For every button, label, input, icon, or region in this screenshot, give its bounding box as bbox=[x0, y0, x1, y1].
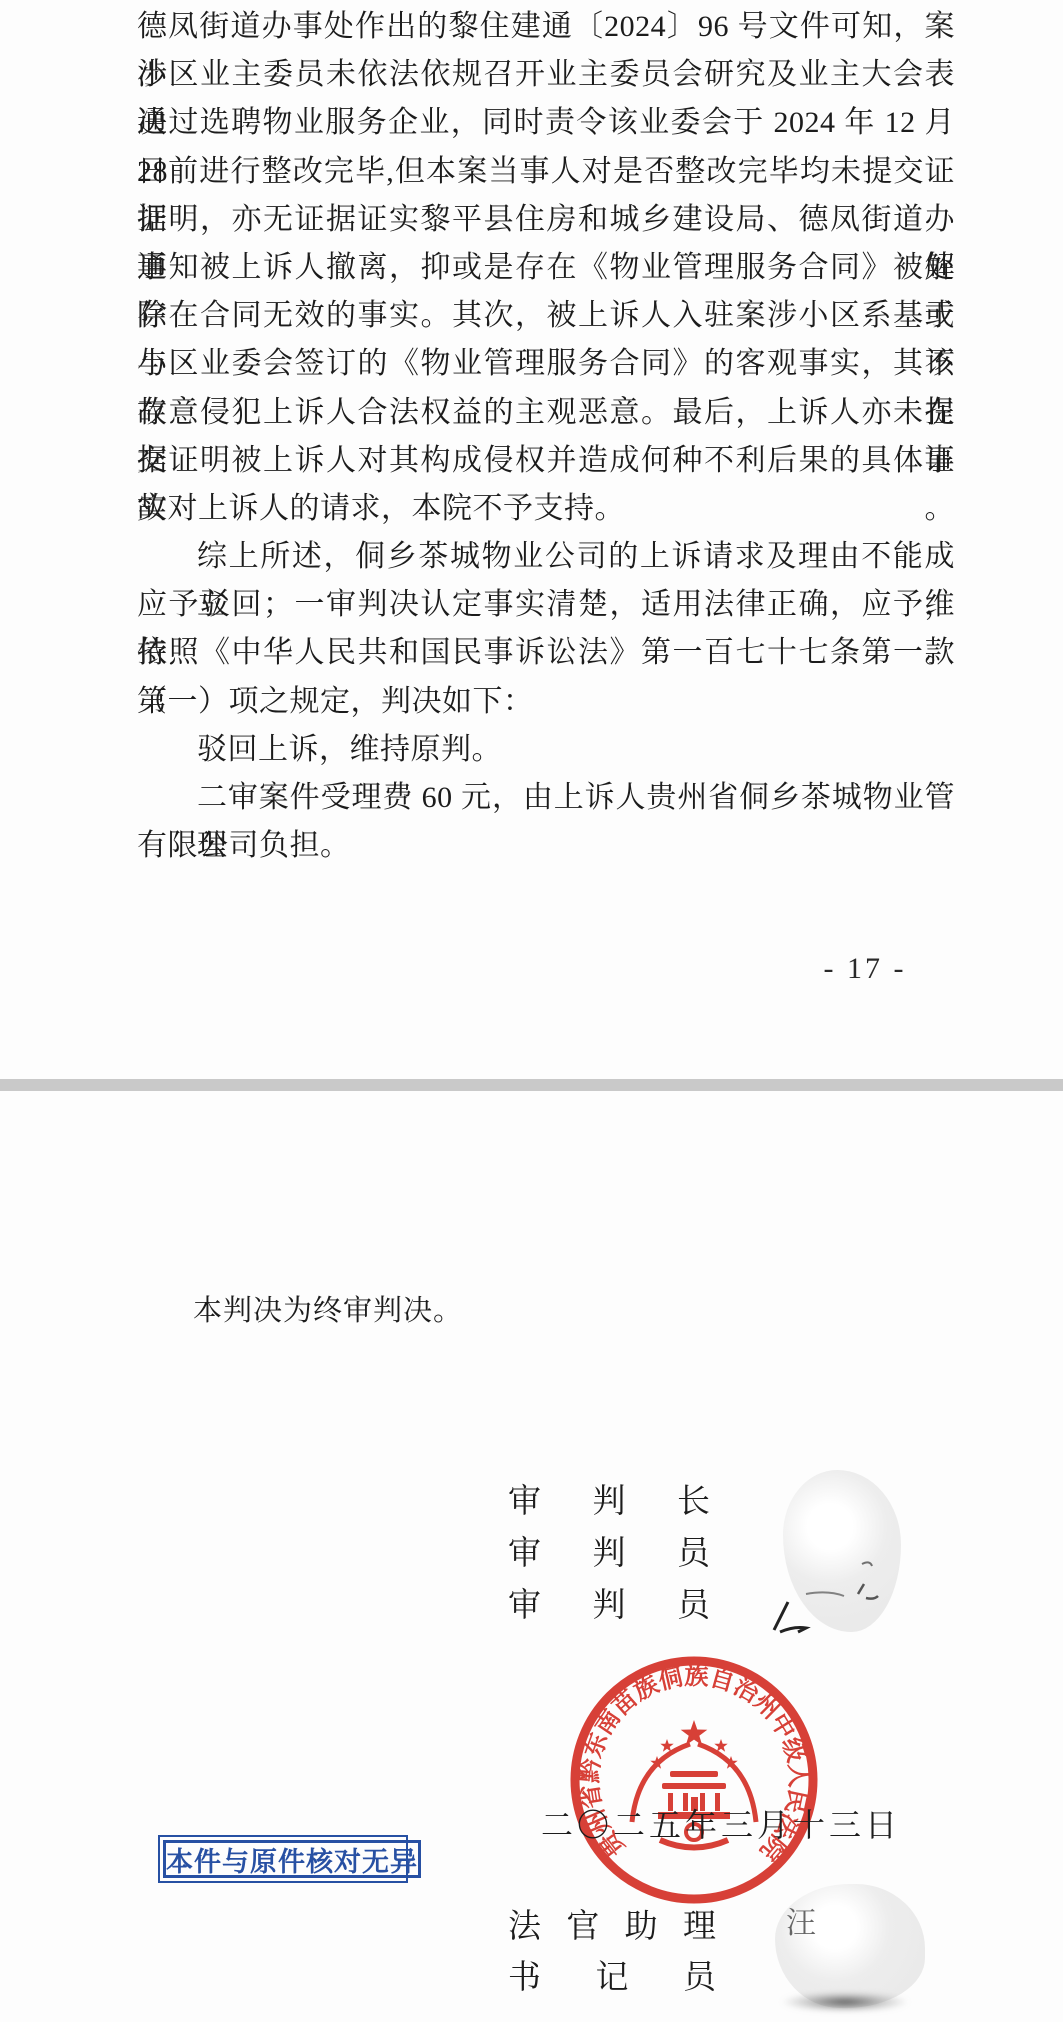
body-line: 日前进行整改完毕,但本案当事人对是否整改完毕均未提交证据 bbox=[137, 148, 955, 196]
final-judgment-statement: 本判决为终审判决。 bbox=[193, 1288, 463, 1329]
judge-label: 审判员 bbox=[508, 1589, 710, 1623]
verification-stamp: 本件与原件核对无异 bbox=[158, 1835, 408, 1883]
assistant-signature-remnant: 汪 bbox=[786, 1898, 816, 1942]
redaction-shadow bbox=[781, 1992, 909, 2012]
verification-stamp-text: 本件与原件核对无异 bbox=[163, 1840, 421, 1878]
signature-remnant-strokes bbox=[758, 1556, 888, 1636]
judge-label: 审判员 bbox=[508, 1537, 710, 1571]
body-line: 存在合同无效的事实。其次，被上诉人入驻案涉小区系基于与该 bbox=[137, 292, 955, 340]
body-line: 通知被上诉人撤离，抑或是存在《物业管理服务合同》被解除或 bbox=[137, 244, 955, 292]
clerk-label: 书记员 bbox=[508, 1961, 716, 1995]
body-line: 驳回上诉，维持原判。 bbox=[137, 726, 955, 774]
body-line: 据证明被上诉人对其构成侵权并造成何种不利后果的具体事实。 bbox=[137, 437, 955, 485]
body-line: 小区业主委员未依法依规召开业主委员会研究及业主大会表决 bbox=[137, 51, 955, 99]
seal-ring bbox=[575, 1661, 813, 1899]
body-line: 依照《中华人民共和国民事诉讼法》第一百七十七条第一款第 bbox=[137, 629, 955, 677]
body-line: 故意侵犯上诉人合法权益的主观恶意。最后，上诉人亦未提交证 bbox=[137, 389, 955, 437]
judge-assistant-label: 法官助理 bbox=[508, 1910, 716, 1944]
body-line: 二审案件受理费 60 元，由上诉人贵州省侗乡茶城物业管理 bbox=[137, 774, 955, 822]
body-line: 应予驳回；一审判决认定事实清楚，适用法律正确，应予维持。 bbox=[137, 581, 955, 629]
court-seal: 贵州省黔东南苗族侗族自治州中级人民法院 bbox=[564, 1650, 824, 1910]
page-number: - 17 - bbox=[800, 952, 930, 986]
body-line: 有限公司负担。 bbox=[137, 822, 955, 870]
judgment-body-text: 德凤街道办事处作出的黎住建通〔2024〕96 号文件可知，案涉 小区业主委员未依… bbox=[137, 3, 955, 870]
body-line: 通过选聘物业服务企业，同时责令该业委会于 2024 年 12 月 28 bbox=[137, 99, 955, 147]
presiding-judge-label: 审判长 bbox=[508, 1485, 710, 1519]
body-line: （一）项之规定，判决如下： bbox=[137, 678, 955, 726]
body-line: 综上所述，侗乡茶城物业公司的上诉请求及理由不能成立， bbox=[137, 533, 955, 581]
body-line: 小区业委会签订的《物业管理服务合同》的客观事实，其不存在 bbox=[137, 340, 955, 388]
judgment-date: 二〇二五年三月十三日 bbox=[541, 1800, 901, 1846]
body-line: 证明，亦无证据证实黎平县住房和城乡建设局、德凤街道办事处 bbox=[137, 196, 955, 244]
page-break-divider bbox=[0, 1079, 1063, 1091]
body-line: 德凤街道办事处作出的黎住建通〔2024〕96 号文件可知，案涉 bbox=[137, 3, 955, 51]
